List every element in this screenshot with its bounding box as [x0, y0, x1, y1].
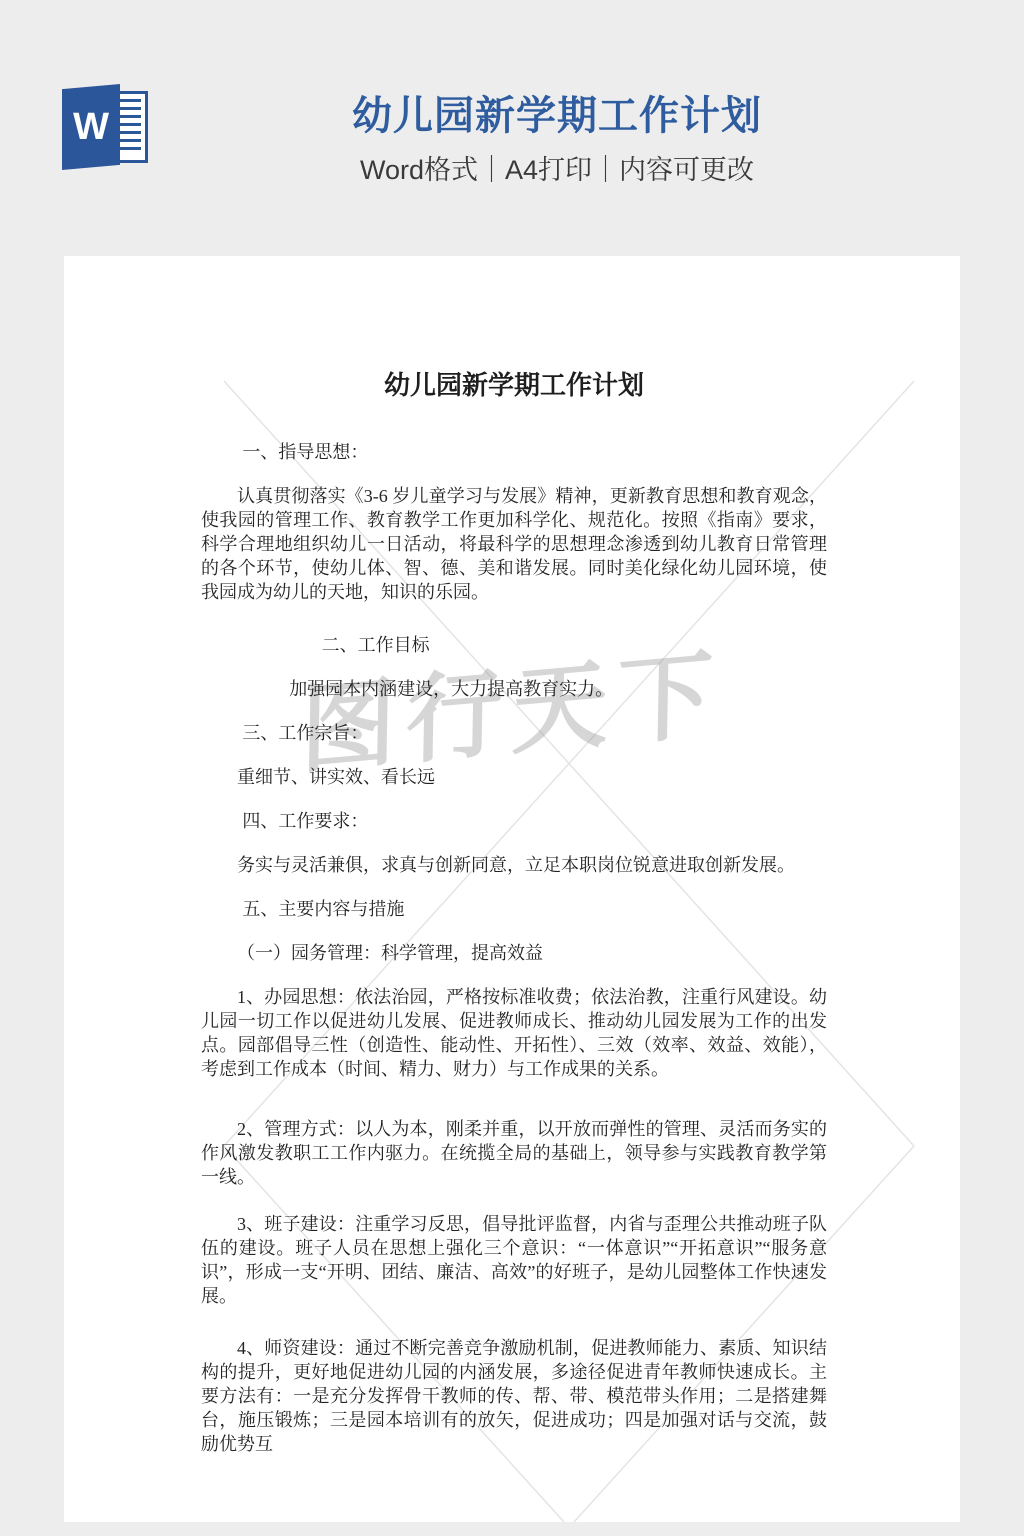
doc-paragraph: 1、办园思想：依法治园，严格按标准收费；依法治教，注重行风建设。幼儿园一切工作以…: [201, 985, 827, 1081]
doc-paragraph: 重细节、讲实效、看长远: [201, 765, 827, 789]
doc-paragraph: 2、管理方式：以人为本，刚柔并重，以开放而弹性的管理、灵活而务实的作风激发教职工…: [201, 1117, 827, 1189]
doc-section-heading: 三、工作宗旨：: [201, 721, 827, 745]
doc-paragraph: 务实与灵活兼俱，求真与创新同意，立足本职岗位锐意进取创新发展。: [201, 853, 827, 877]
document-body: 幼儿园新学期工作计划 一、指导思想： 认真贯彻落实《3-6 岁儿童学习与发展》精…: [201, 256, 827, 1456]
doc-section-heading: 五、主要内容与措施: [201, 897, 827, 921]
header-title: 幼儿园新学期工作计划: [90, 92, 1024, 140]
doc-paragraph: 4、师资建设：通过不断完善竞争激励机制，促进教师能力、素质、知识结构的提升，更好…: [201, 1336, 827, 1456]
doc-paragraph: 3、班子建设：注重学习反思，倡导批评监督，内省与歪理公共推动班子队伍的建设。班子…: [201, 1212, 827, 1308]
doc-section-heading: 一、指导思想：: [201, 440, 827, 464]
doc-section-heading: 四、工作要求：: [201, 809, 827, 833]
header: 幼儿园新学期工作计划 Word格式｜A4打印｜内容可更改: [90, 0, 1024, 188]
page-canvas: W 幼儿园新学期工作计划 Word格式｜A4打印｜内容可更改 图行天下 幼儿园新…: [0, 0, 1024, 1536]
doc-section-heading: 二、工作目标: [201, 633, 827, 657]
doc-paragraph: 认真贯彻落实《3-6 岁儿童学习与发展》精神，更新教育思想和教育观念，使我园的管…: [201, 484, 827, 604]
header-subtitle: Word格式｜A4打印｜内容可更改: [90, 152, 1024, 188]
doc-subsection-heading: （一）园务管理：科学管理，提高效益: [201, 941, 827, 965]
doc-title: 幼儿园新学期工作计划: [201, 368, 827, 404]
document-page: 图行天下 幼儿园新学期工作计划 一、指导思想： 认真贯彻落实《3-6 岁儿童学习…: [64, 256, 960, 1522]
doc-paragraph: 加强园本内涵建设，大力提高教育实力。: [201, 677, 827, 701]
